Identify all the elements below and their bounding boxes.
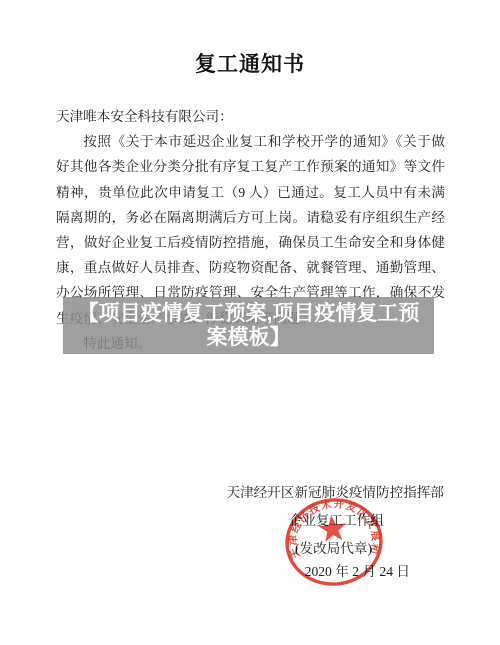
seal-star bbox=[317, 514, 347, 543]
document-title: 复工通知书 bbox=[0, 48, 500, 78]
body-line: 好其他各类企业分类分批有序复工复产工作预案的通知》等文件 bbox=[56, 154, 445, 179]
body-line: 营，做好企业复工后疫情防控措施，确保员工生命安全和身体健 bbox=[56, 230, 445, 255]
watermark-line2: 案模板】 bbox=[207, 326, 291, 350]
watermark-banner: 【项目疫情复工预案,项目疫情复工预 案模板】 bbox=[63, 297, 434, 354]
body-line: 康，重点做好人员排查、防疫物资配备、就餐管理、通勤管理、 bbox=[56, 255, 445, 280]
body-line: 按照《关于本市延迟企业复工和学校开学的通知》《关于做 bbox=[56, 129, 445, 154]
body-line: 天津唯本安全科技有限公司： bbox=[56, 104, 445, 129]
official-seal-stamp: 天津经济技术开发区发展和改革局 bbox=[277, 491, 390, 593]
body-line: 精神，贵单位此次申请复工（9 人）已通过。复工人员中有未满 bbox=[56, 180, 445, 205]
notice-document: 复工通知书 天津唯本安全科技有限公司：按照《关于本市延迟企业复工和学校开学的通知… bbox=[0, 0, 500, 645]
watermark-line1: 【项目疫情复工预案,项目疫情复工预 bbox=[78, 302, 420, 326]
body-line: 隔离期的，务必在隔离期满后方可上岗。请稳妥有序组织生产经 bbox=[56, 205, 445, 230]
